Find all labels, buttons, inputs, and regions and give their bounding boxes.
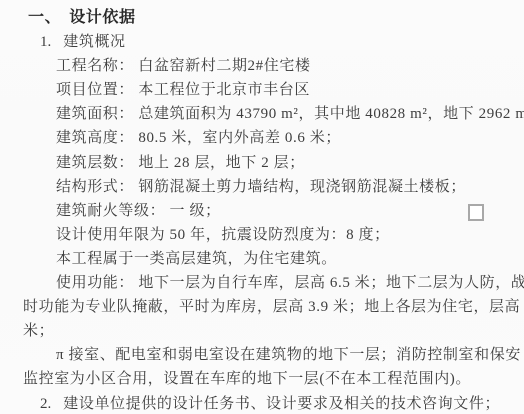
list-item-2: 2.建设单位提供的设计任务书、设计要求及相关的技术咨询文件； [0, 392, 524, 414]
rooms-paragraph-line-2: 监控室为小区合用，设置在车库的地下一层(不在本工程范围内)。 [0, 367, 524, 391]
detail-building-floors: 建筑层数： 地上 28 层，地下 2 层； [0, 151, 524, 175]
usage-paragraph-line-3: 米； [0, 319, 524, 343]
section-heading-title: 设计依据 [69, 9, 135, 26]
list-item-2-text: 建设单位提供的设计任务书、设计要求及相关的技术咨询文件； [63, 396, 500, 412]
detail-project-location: 项目位置： 本工程位于北京市丰台区 [0, 78, 524, 102]
usage-paragraph-line-2: 时功能为专业队掩蔽，平时为库房，层高 3.9 米；地上各层为住宅，层高 2.8 [0, 295, 524, 319]
section-heading-number: 一、 [28, 6, 61, 30]
list-item-1-number: 1. [40, 30, 51, 54]
usage-paragraph-line-1: 使用功能： 地下一层为自行车库，层高 6.5 米；地下二层为人防，战 [0, 271, 524, 295]
detail-building-area: 建筑面积： 总建筑面积为 43790 m²，其中地 40828 m²，地下 29… [0, 102, 524, 126]
detail-project-name: 工程名称： 白盆窑新村二期2#住宅楼 [0, 54, 524, 78]
list-item-1: 1.建筑概况 [0, 30, 524, 54]
rooms-paragraph-line-1: π 接室、配电室和弱电室设在建筑物的地下一层；消防控制室和保安 [0, 343, 524, 367]
document-page: 一、设计依据 1.建筑概况 工程名称： 白盆窑新村二期2#住宅楼 项目位置： 本… [0, 0, 524, 414]
detail-structure-type: 结构形式： 钢筋混凝土剪力墙结构，现浇钢筋混凝土楼板； [0, 175, 524, 199]
detail-design-life: 设计使用年限为 50 年，抗震设防烈度为：8 度； [0, 223, 524, 247]
empty-checkbox-glyph [468, 204, 484, 221]
list-item-1-title: 建筑概况 [63, 34, 125, 50]
detail-building-class: 本工程属于一类高层建筑，为住宅建筑。 [0, 247, 524, 271]
detail-fire-rating: 建筑耐火等级： 一 级； [0, 199, 524, 223]
detail-building-height: 建筑高度： 80.5 米，室内外高差 0.6 米； [0, 126, 524, 150]
list-item-2-number: 2. [40, 392, 51, 414]
section-heading: 一、设计依据 [0, 6, 524, 30]
